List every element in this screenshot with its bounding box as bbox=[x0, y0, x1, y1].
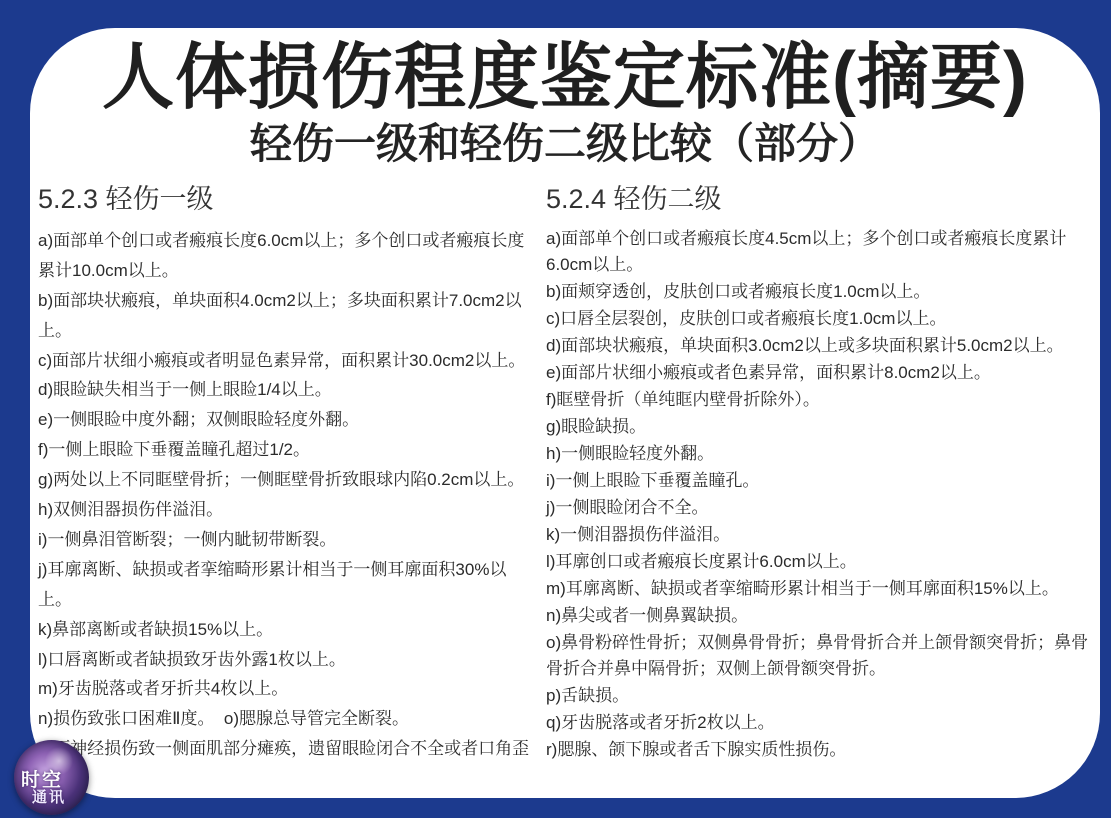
slide: 人体损伤程度鉴定标准(摘要) 轻伤一级和轻伤二级比较（部分） 5.2.3 轻伤一… bbox=[0, 0, 1111, 818]
column-heading-level-2: 5.2.4 轻伤二级 bbox=[546, 183, 1092, 217]
page-subtitle: 轻伤一级和轻伤二级比较（部分） bbox=[30, 121, 1100, 167]
list-item: a)面部单个创口或者瘢痕长度4.5cm以上；多个创口或者瘢痕长度累计6.0cm以… bbox=[546, 226, 1092, 278]
list-item: c)面部片状细小瘢痕或者明显色素异常，面积累计30.0cm2以上。 bbox=[38, 346, 532, 376]
list-item: l)耳廓创口或者瘢痕长度累计6.0cm以上。 bbox=[546, 549, 1092, 575]
criteria-list-level-2: a)面部单个创口或者瘢痕长度4.5cm以上；多个创口或者瘢痕长度累计6.0cm以… bbox=[546, 226, 1092, 763]
list-item: q)牙齿脱落或者牙折2枚以上。 bbox=[546, 710, 1092, 736]
list-item: e)一侧眼睑中度外翻；双侧眼睑轻度外翻。 bbox=[38, 405, 532, 435]
list-item: f)一侧上眼睑下垂覆盖瞳孔超过1/2。 bbox=[38, 435, 532, 465]
brand-logo-text-line2: 通讯 bbox=[32, 786, 66, 807]
list-item: b)面颊穿透创，皮肤创口或者瘢痕长度1.0cm以上。 bbox=[546, 279, 1092, 305]
list-item: n)损伤致张口困难Ⅱ度。 o)腮腺总导管完全断裂。 bbox=[38, 704, 532, 734]
list-item: o)鼻骨粉碎性骨折；双侧鼻骨骨折；鼻骨骨折合并上颌骨额突骨折；鼻骨骨折合并鼻中隔… bbox=[546, 630, 1092, 682]
list-item: g)两处以上不同眶壁骨折；一侧眶壁骨折致眼球内陷0.2cm以上。 bbox=[38, 465, 532, 495]
page-title: 人体损伤程度鉴定标准(摘要) bbox=[30, 28, 1100, 121]
list-item: p)舌缺损。 bbox=[546, 683, 1092, 709]
list-item: j)一侧眼睑闭合不全。 bbox=[546, 495, 1092, 521]
list-item: g)眼睑缺损。 bbox=[546, 414, 1092, 440]
brand-logo: 时空 通讯 bbox=[14, 740, 89, 815]
list-item: m)牙齿脱落或者牙折共4枚以上。 bbox=[38, 674, 532, 704]
list-item: d)眼睑缺失相当于一侧上眼睑1/4以上。 bbox=[38, 375, 532, 405]
list-item: i)一侧上眼睑下垂覆盖瞳孔。 bbox=[546, 468, 1092, 494]
list-item: j)耳廓离断、缺损或者挛缩畸形累计相当于一侧耳廓面积30%以上。 bbox=[38, 555, 532, 615]
list-item: h)一侧眼睑轻度外翻。 bbox=[546, 441, 1092, 467]
list-item: n)鼻尖或者一侧鼻翼缺损。 bbox=[546, 603, 1092, 629]
column-minor-injury-level-2: 5.2.4 轻伤二级 a)面部单个创口或者瘢痕长度4.5cm以上；多个创口或者瘢… bbox=[546, 183, 1092, 764]
criteria-list-level-1: a)面部单个创口或者瘢痕长度6.0cm以上；多个创口或者瘢痕长度累计10.0cm… bbox=[38, 226, 532, 794]
list-item: e)面部片状细小瘢痕或者色素异常，面积累计8.0cm2以上。 bbox=[546, 360, 1092, 386]
column-minor-injury-level-1: 5.2.3 轻伤一级 a)面部单个创口或者瘢痕长度6.0cm以上；多个创口或者瘢… bbox=[38, 183, 532, 794]
list-item: h)双侧泪器损伤伴溢泪。 bbox=[38, 495, 532, 525]
list-item: p)面神经损伤致一侧面肌部分瘫痪，遗留眼睑闭合不全或者口角歪斜。 bbox=[38, 734, 532, 794]
list-item: a)面部单个创口或者瘢痕长度6.0cm以上；多个创口或者瘢痕长度累计10.0cm… bbox=[38, 226, 532, 286]
slide-card: 人体损伤程度鉴定标准(摘要) 轻伤一级和轻伤二级比较（部分） 5.2.3 轻伤一… bbox=[30, 28, 1100, 798]
list-item: i)一侧鼻泪管断裂；一侧内眦韧带断裂。 bbox=[38, 525, 532, 555]
list-item: l)口唇离断或者缺损致牙齿外露1枚以上。 bbox=[38, 645, 532, 675]
comparison-columns: 5.2.3 轻伤一级 a)面部单个创口或者瘢痕长度6.0cm以上；多个创口或者瘢… bbox=[30, 167, 1100, 794]
column-heading-level-1: 5.2.3 轻伤一级 bbox=[38, 183, 532, 217]
list-item: c)口唇全层裂创，皮肤创口或者瘢痕长度1.0cm以上。 bbox=[546, 306, 1092, 332]
list-item: b)面部块状瘢痕，单块面积4.0cm2以上；多块面积累计7.0cm2以上。 bbox=[38, 286, 532, 346]
list-item: k)一侧泪器损伤伴溢泪。 bbox=[546, 522, 1092, 548]
list-item: m)耳廓离断、缺损或者挛缩畸形累计相当于一侧耳廓面积15%以上。 bbox=[546, 576, 1092, 602]
list-item: r)腮腺、颌下腺或者舌下腺实质性损伤。 bbox=[546, 737, 1092, 763]
list-item: k)鼻部离断或者缺损15%以上。 bbox=[38, 615, 532, 645]
list-item: d)面部块状瘢痕，单块面积3.0cm2以上或多块面积累计5.0cm2以上。 bbox=[546, 333, 1092, 359]
list-item: f)眶壁骨折（单纯眶内壁骨折除外）。 bbox=[546, 387, 1092, 413]
